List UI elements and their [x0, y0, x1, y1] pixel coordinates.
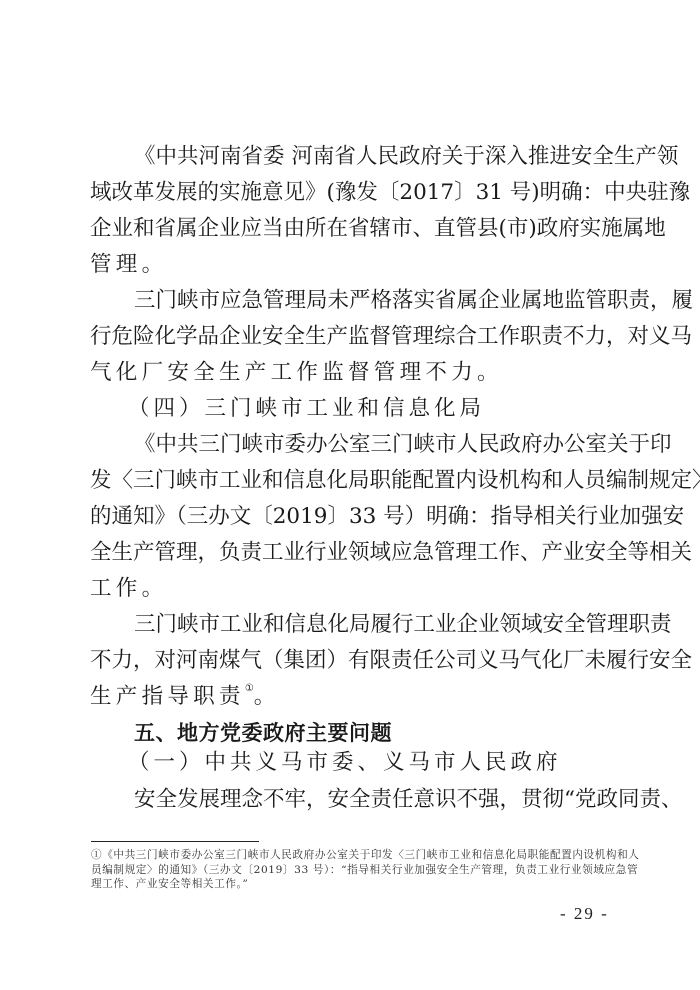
- document-page: 《中共河南省委 河南省人民政府关于深入推进安全生产领 域改革发展的实施意见》(豫…: [0, 0, 700, 990]
- footnote-divider: [91, 841, 259, 842]
- subsection-heading-4: （四）三门峡市工业和信息化局: [90, 391, 612, 427]
- paragraph-henan-opinion: 《中共河南省委 河南省人民政府关于深入推进安全生产领 域改革发展的实施意见》(豫…: [90, 139, 612, 283]
- text-fragment: 生产指导职责: [90, 684, 245, 709]
- text-line: 的通知》（三办文〔2019〕33 号）明确：指导相关行业加强安: [90, 499, 612, 535]
- footnote-line: ①《中共三门峡市委办公室三门峡市人民政府办公室关于印发〈三门峡市工业和信息化局职…: [91, 848, 611, 863]
- body-text: 《中共河南省委 河南省人民政府关于深入推进安全生产领 域改革发展的实施意见》(豫…: [90, 139, 612, 818]
- text-line: 《中共三门峡市委办公室三门峡市人民政府办公室关于印: [90, 427, 612, 463]
- paragraph-yima-safety: 安全发展理念不牢，安全责任意识不强，贯彻“党政同责、: [90, 782, 612, 818]
- text-line: 管理。: [90, 247, 612, 283]
- text-line: 三门峡市工业和信息化局履行工业企业领域安全管理职责: [90, 607, 612, 643]
- footnote-line: 员编制规定〉的通知》（三办文〔2019〕33 号）：“指导相关行业加强安全生产管…: [91, 863, 611, 878]
- footnote-reference[interactable]: ①: [245, 683, 254, 694]
- page-number: - 29 -: [560, 904, 609, 924]
- subsection-heading-1: （一）中共义马市委、义马市人民政府: [90, 748, 612, 778]
- section-heading-5: 五、地方党委政府主要问题: [90, 718, 612, 748]
- text-line: 工作。: [90, 571, 612, 607]
- text-line: 《中共河南省委 河南省人民政府关于深入推进安全生产领: [90, 139, 612, 175]
- text-line: 三门峡市应急管理局未严格落实省属企业属地监管职责，履: [90, 283, 612, 319]
- text-line: 不力，对河南煤气（集团）有限责任公司义马气化厂未履行安全: [90, 643, 612, 679]
- footnote-line: 理工作、产业安全等相关工作。”: [91, 877, 611, 892]
- text-line: 企业和省属企业应当由所在省辖市、直管县(市)政府实施属地: [90, 211, 612, 247]
- text-line-with-footnote: 生产指导职责①。: [90, 679, 612, 715]
- text-line: 全生产管理，负责工业行业领域应急管理工作、产业安全等相关: [90, 535, 612, 571]
- text-line: 发〈三门峡市工业和信息化局职能配置内设机构和人员编制规定〉: [90, 463, 612, 499]
- text-line: 域改革发展的实施意见》(豫发〔2017〕31 号)明确：中央驻豫: [90, 175, 612, 211]
- text-line: 气化厂安全生产工作监督管理不力。: [90, 355, 612, 391]
- paragraph-industry-bureau: 三门峡市工业和信息化局履行工业企业领域安全管理职责 不力，对河南煤气（集团）有限…: [90, 607, 612, 715]
- footnote: ①《中共三门峡市委办公室三门峡市人民政府办公室关于印发〈三门峡市工业和信息化局职…: [91, 848, 611, 892]
- paragraph-sanmenxia-notice: 《中共三门峡市委办公室三门峡市人民政府办公室关于印 发〈三门峡市工业和信息化局职…: [90, 427, 612, 607]
- text-line: 行危险化学品企业安全生产监督管理综合工作职责不力，对义马: [90, 319, 612, 355]
- text-fragment: 。: [254, 684, 280, 709]
- paragraph-emergency-bureau: 三门峡市应急管理局未严格落实省属企业属地监管职责，履 行危险化学品企业安全生产监…: [90, 283, 612, 391]
